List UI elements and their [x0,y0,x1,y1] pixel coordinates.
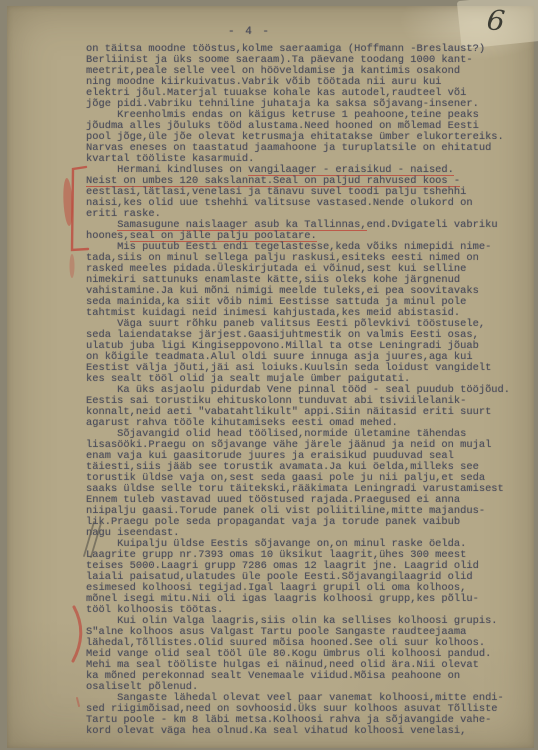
typewritten-text: on täitsa moodne tööstus,kolme saeraamig… [86,44,526,737]
scanned-page-photo: - 4 - 6 on täitsa moodne tööstus,kolme s… [0,0,538,750]
handwritten-page-index: 6 [485,3,506,38]
page-number: - 4 - [228,26,271,38]
text-line: kord olevat väga hea olnud.Ka seal vihat… [86,726,526,737]
